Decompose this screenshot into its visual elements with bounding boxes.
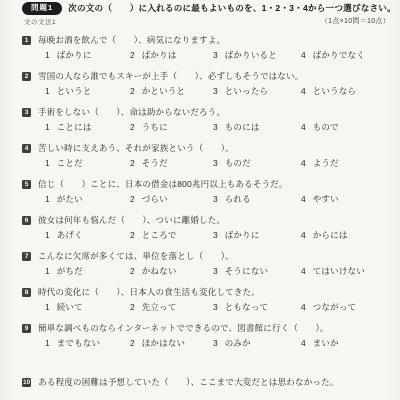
option-number: 3 [213, 266, 218, 277]
section-label: 文の文法1 [22, 17, 56, 26]
question-text: 簡単な調べものならインターネットでできるので、図書館に行く（ ）。 [38, 323, 329, 334]
option-number: 4 [301, 50, 306, 61]
question-text: 苦しい時に支えあう、それが家族という（ ）。 [38, 143, 234, 154]
option-number: 1 [45, 86, 50, 97]
question-1: 1 毎晩お酒を飲んで（ ）、病気になりますよ。 1ばかりに 2ばかりは 3ばかり… [22, 35, 390, 61]
option-number: 2 [130, 338, 135, 349]
option-item: 3られる [213, 194, 301, 205]
option-label: あげく [57, 230, 83, 241]
problem-instructions: 次の文の（ ）に入れるのに最もよいものを、1・2・3・4から一つ選びなさい。 [68, 2, 396, 14]
option-label: つながって [313, 302, 357, 313]
option-item: 2づらい [130, 194, 213, 205]
points-note: （1点×10問＝10点） [321, 16, 390, 26]
options-row: 1がたい 2づらい 3られる 4やすい [22, 194, 390, 205]
question-number-badge: 3 [22, 108, 31, 117]
option-label: てはいけない [313, 266, 365, 277]
question-number-badge: 10 [22, 378, 31, 387]
question-4: 4 苦しい時に支えあう、それが家族という（ ）。 1ことだ 2そうだ 3ものだ … [22, 143, 390, 169]
option-number: 4 [301, 122, 306, 133]
option-number: 3 [213, 302, 218, 313]
option-label: 続いて [57, 302, 83, 313]
question-2: 2 雪国の人なら誰でもスキーが上手（ ）、必ずしもそうではない。 1というと 2… [22, 71, 390, 97]
option-label: づらい [142, 194, 168, 205]
option-label: からには [313, 230, 348, 241]
option-item: 2ところで [130, 230, 213, 241]
option-label: ものには [225, 122, 260, 133]
option-number: 2 [130, 158, 135, 169]
option-number: 1 [45, 266, 50, 277]
option-number: 4 [301, 302, 306, 313]
option-label: かねない [142, 266, 177, 277]
option-label: うちに [142, 122, 168, 133]
option-item: 1続いて [45, 302, 130, 313]
option-item: 1というと [45, 86, 130, 97]
question-6: 6 彼女は何年も悩んだ（ ）、ついに離婚した。 1あげく 2ところで 3ばかりに… [22, 215, 390, 241]
question-8: 8 時代の変化に（ ）、日本人の食生活も変化してきた。 1続いて 2先立って 3… [22, 287, 390, 313]
option-label: 先立って [142, 302, 177, 313]
option-item: 3そうにない [213, 266, 301, 277]
question-text: 手術をしない（ ）、命は助からないだろう。 [38, 107, 225, 118]
header-subline: 文の文法1 （1点×10問＝10点） [22, 16, 390, 26]
option-label: ことだ [57, 158, 83, 169]
question-list: 1 毎晩お酒を飲んで（ ）、病気になりますよ。 1ばかりに 2ばかりは 3ばかり… [22, 35, 390, 388]
option-item: 1ばかりに [45, 50, 130, 61]
option-label: ところで [142, 230, 177, 241]
option-label: ともなって [225, 302, 269, 313]
option-label: までもない [57, 338, 101, 349]
option-number: 1 [45, 50, 50, 61]
question-text: 彼女は何年も悩んだ（ ）、ついに離婚した。 [38, 215, 225, 226]
option-item: 1ことには [45, 122, 130, 133]
option-label: ばかりに [225, 230, 260, 241]
option-label: ようだ [313, 158, 339, 169]
option-label: かというと [142, 86, 186, 97]
question-7: 7 こんなに欠席が多くては、単位を落とし（ ）。 1がちだ 2かねない 3そうに… [22, 251, 390, 277]
option-number: 2 [130, 50, 135, 61]
option-item: 3ともなって [213, 302, 301, 313]
question-number-badge: 7 [22, 252, 31, 261]
option-number: 2 [130, 86, 135, 97]
question-text: 信じ（ ）ことに、日本の借金は800兆円以上もあるそうだ。 [38, 179, 288, 190]
option-label: やすい [313, 194, 339, 205]
option-number: 1 [45, 338, 50, 349]
option-label: がちだ [57, 266, 83, 277]
question-number-badge: 1 [22, 36, 31, 45]
option-number: 1 [45, 230, 50, 241]
option-number: 3 [213, 230, 218, 241]
question-3: 3 手術をしない（ ）、命は助からないだろう。 1ことには 2うちに 3ものには… [22, 107, 390, 133]
question-number-badge: 8 [22, 288, 31, 297]
option-number: 3 [213, 122, 218, 133]
option-number: 4 [301, 338, 306, 349]
options-row: 1あげく 2ところで 3ばかりに 4からには [22, 230, 390, 241]
question-5: 5 信じ（ ）ことに、日本の借金は800兆円以上もあるそうだ。 1がたい 2づら… [22, 179, 390, 205]
options-row: 1までもない 2ほかはない 3のみか 4まいか [22, 338, 390, 349]
question-text: 時代の変化に（ ）、日本人の食生活も変化してきた。 [38, 287, 260, 298]
options-row: 1続いて 2先立って 3ともなって 4つながって [22, 302, 390, 313]
options-row: 1ばかりに 2ばかりは 3ばかりいると 4ばかりでなく [22, 50, 390, 61]
option-item: 4からには [301, 230, 390, 241]
question-text: 毎晩お酒を飲んで（ ）、病気になりますよ。 [38, 35, 225, 46]
option-number: 1 [45, 158, 50, 169]
option-label: がたい [57, 194, 83, 205]
option-label: といったら [225, 86, 269, 97]
option-label: ばかりは [142, 50, 177, 61]
option-item: 3ものだ [213, 158, 301, 169]
option-label: もので [313, 122, 339, 133]
option-item: 1までもない [45, 338, 130, 349]
option-number: 4 [301, 86, 306, 97]
option-item: 4つながって [301, 302, 390, 313]
option-label: まいか [313, 338, 339, 349]
question-text: ある程度の困難は予想していた（ ）、ここまで大変だとは思わなかった。 [38, 377, 338, 388]
options-row: 1というと 2かというと 3といったら 4というなら [22, 86, 390, 97]
option-number: 4 [301, 194, 306, 205]
options-row: 1がちだ 2かねない 3そうにない 4てはいけない [22, 266, 390, 277]
option-number: 3 [213, 338, 218, 349]
option-item: 1がたい [45, 194, 130, 205]
options-row: 1ことだ 2そうだ 3ものだ 4ようだ [22, 158, 390, 169]
option-item: 2ばかりは [130, 50, 213, 61]
test-page: 問題1 次の文の（ ）に入れるのに最もよいものを、1・2・3・4から一つ選びなさ… [0, 0, 400, 400]
option-item: 3ものには [213, 122, 301, 133]
option-item: 2ほかはない [130, 338, 213, 349]
option-item: 4ようだ [301, 158, 390, 169]
option-label: ばかりに [57, 50, 92, 61]
question-number-badge: 9 [22, 324, 31, 333]
option-label: そうにない [225, 266, 269, 277]
option-label: ことには [57, 122, 92, 133]
option-number: 1 [45, 302, 50, 313]
option-label: そうだ [142, 158, 168, 169]
option-label: のみか [225, 338, 251, 349]
option-item: 2先立って [130, 302, 213, 313]
option-label: ばかりいると [225, 50, 277, 61]
option-number: 2 [130, 302, 135, 313]
question-10: 10 ある程度の困難は予想していた（ ）、ここまで大変だとは思わなかった。 [22, 377, 390, 388]
option-number: 2 [130, 194, 135, 205]
option-label: ほかはない [142, 338, 186, 349]
option-item: 1がちだ [45, 266, 130, 277]
option-item: 3ばかりいると [213, 50, 301, 61]
option-number: 3 [213, 194, 218, 205]
option-item: 4やすい [301, 194, 390, 205]
question-text: 雪国の人なら誰でもスキーが上手（ ）、必ずしもそうではない。 [38, 71, 303, 82]
option-item: 3ばかりに [213, 230, 301, 241]
problem-number-badge: 問題1 [22, 2, 62, 15]
question-9: 9 簡単な調べものならインターネットでできるので、図書館に行く（ ）。 1までも… [22, 323, 390, 349]
option-item: 2そうだ [130, 158, 213, 169]
option-number: 1 [45, 194, 50, 205]
option-number: 2 [130, 122, 135, 133]
option-label: ばかりでなく [313, 50, 365, 61]
question-text: こんなに欠席が多くては、単位を落とし（ ）。 [38, 251, 234, 262]
option-number: 4 [301, 230, 306, 241]
option-number: 2 [130, 230, 135, 241]
option-label: というと [57, 86, 92, 97]
question-number-badge: 6 [22, 216, 31, 225]
option-item: 4てはいけない [301, 266, 390, 277]
option-item: 2かというと [130, 86, 213, 97]
option-item: 4まいか [301, 338, 390, 349]
option-label: というなら [313, 86, 357, 97]
options-row: 1ことには 2うちに 3ものには 4もので [22, 122, 390, 133]
option-item: 2うちに [130, 122, 213, 133]
option-item: 4ばかりでなく [301, 50, 390, 61]
option-item: 4というなら [301, 86, 390, 97]
option-label: られる [225, 194, 251, 205]
option-number: 2 [130, 266, 135, 277]
option-item: 1あげく [45, 230, 130, 241]
option-item: 4もので [301, 122, 390, 133]
option-label: ものだ [225, 158, 251, 169]
option-item: 3といったら [213, 86, 301, 97]
header: 問題1 次の文の（ ）に入れるのに最もよいものを、1・2・3・4から一つ選びなさ… [22, 2, 390, 15]
option-number: 3 [213, 50, 218, 61]
option-number: 1 [45, 122, 50, 133]
option-item: 1ことだ [45, 158, 130, 169]
question-number-badge: 4 [22, 144, 31, 153]
option-item: 2かねない [130, 266, 213, 277]
option-item: 3のみか [213, 338, 301, 349]
option-number: 4 [301, 158, 306, 169]
option-number: 3 [213, 158, 218, 169]
option-number: 4 [301, 266, 306, 277]
option-number: 3 [213, 86, 218, 97]
question-number-badge: 5 [22, 180, 31, 189]
question-number-badge: 2 [22, 72, 31, 81]
